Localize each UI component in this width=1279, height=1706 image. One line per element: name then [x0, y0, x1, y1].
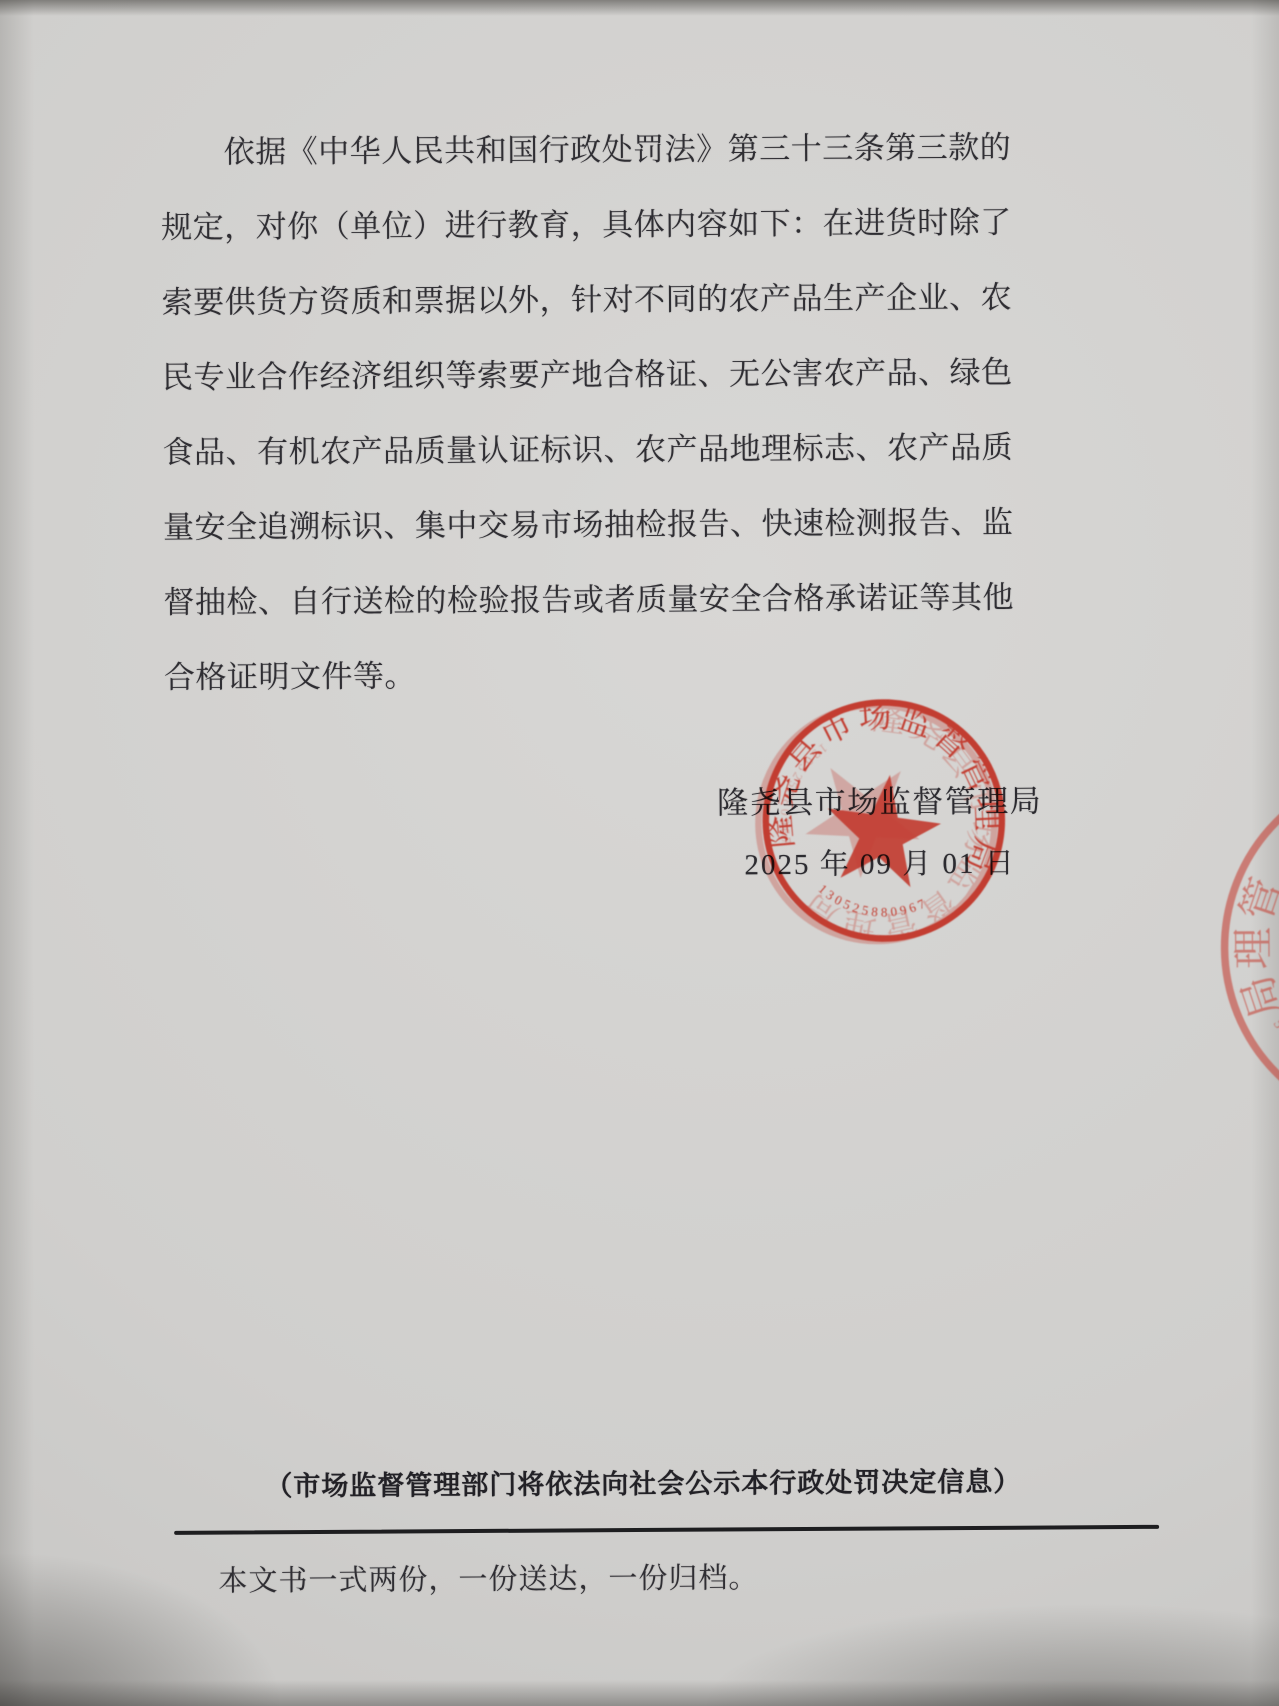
- paragraph-line: 索要供货方资质和票据以外，针对不同的农产品生产企业、农: [161, 260, 1017, 340]
- paragraph-line: 规定，对你（单位）进行教育，具体内容如下：在进货时除了: [161, 185, 1017, 265]
- paragraph-line: 依据《中华人民共和国行政处罚法》第三十三条第三款的: [160, 110, 1016, 190]
- paragraph-line: 民专业合作经济组织等索要产地合格证、无公害农产品、绿色: [162, 335, 1018, 415]
- body-paragraph: 依据《中华人民共和国行政处罚法》第三十三条第三款的 规定，对你（单位）进行教育，…: [160, 110, 1020, 715]
- divider-rule: [174, 1525, 1159, 1535]
- copies-note: 本文书一式两份，一份送达，一份归档。: [218, 1555, 758, 1599]
- official-seal: 隆尧县市场监督管理局 130525880967: [726, 663, 1041, 978]
- paragraph-line: 食品、有机农产品质量认证标识、农产品地理标志、农产品质: [162, 410, 1018, 490]
- paragraph-line: 量安全追溯标识、集中交易市场抽检报告、快速检测报告、监: [163, 485, 1019, 565]
- paragraph-line: 督抽检、自行送检的检验报告或者质量安全合格承诺证等其他: [163, 560, 1019, 640]
- publicity-note: （市场监督管理部门将依法向社会公示本行政处罚决定信息）: [4, 1458, 1279, 1505]
- document-sheet: 依据《中华人民共和国行政处罚法》第三十三条第三款的 规定，对你（单位）进行教育，…: [0, 0, 1279, 1706]
- document-photo: 依据《中华人民共和国行政处罚法》第三十三条第三款的 规定，对你（单位）进行教育，…: [0, 0, 1279, 1706]
- seal-char: 理: [1231, 927, 1277, 969]
- secondary-seal: 管 理 局 5880967: [1181, 726, 1279, 1169]
